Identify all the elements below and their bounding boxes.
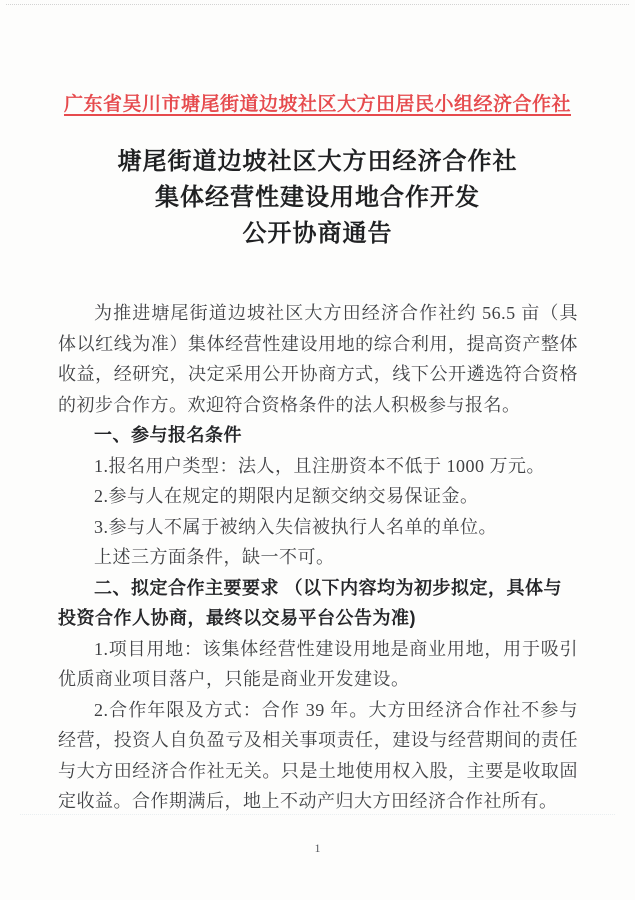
document-title: 塘尾街道边坡社区大方田经济合作社 集体经营性建设用地合作开发 公开协商通告 [0,144,635,252]
condition-summary: 上述三方面条件，缺一不可。 [58,542,578,573]
scan-artifact-top-line [6,4,629,5]
section-heading-2: 二、拟定合作主要要求 （以下内容均为初步拟定，具体与投资合作人协商，最终以交易平… [58,573,578,634]
requirement-item-1: 1.项目用地：该集体经营性建设用地是商业用地，用于吸引优质商业项目落户，只能是商… [58,634,578,695]
scan-artifact-bottom-line [20,814,615,815]
paragraph-intro: 为推进塘尾街道边坡社区大方田经济合作社约 56.5 亩（具体以红线为准）集体经营… [58,298,578,420]
condition-item-2: 2.参与人在规定的期限内足额交纳交易保证金。 [58,481,578,512]
organization-name: 广东省吴川市塘尾街道边坡社区大方田居民小组经济合作社 [64,94,571,115]
title-line-2: 集体经营性建设用地合作开发 [0,180,635,216]
page-number: 1 [0,841,635,856]
scanned-document-page: 广东省吴川市塘尾街道边坡社区大方田居民小组经济合作社 塘尾街道边坡社区大方田经济… [0,0,635,900]
document-body: 为推进塘尾街道边坡社区大方田经济合作社约 56.5 亩（具体以红线为准）集体经营… [58,298,578,817]
section-heading-1: 一、参与报名条件 [58,420,578,451]
title-line-3: 公开协商通告 [0,216,635,252]
title-line-1: 塘尾街道边坡社区大方田经济合作社 [0,144,635,180]
requirement-item-2: 2.合作年限及方式：合作 39 年。大方田经济合作社不参与经营，投资人自负盈亏及… [58,695,578,817]
condition-item-3: 3.参与人不属于被纳入失信被执行人名单的单位。 [58,512,578,543]
organization-header: 广东省吴川市塘尾街道边坡社区大方田居民小组经济合作社 [0,92,635,118]
condition-item-1: 1.报名用户类型：法人，且注册资本不低于 1000 万元。 [58,451,578,482]
